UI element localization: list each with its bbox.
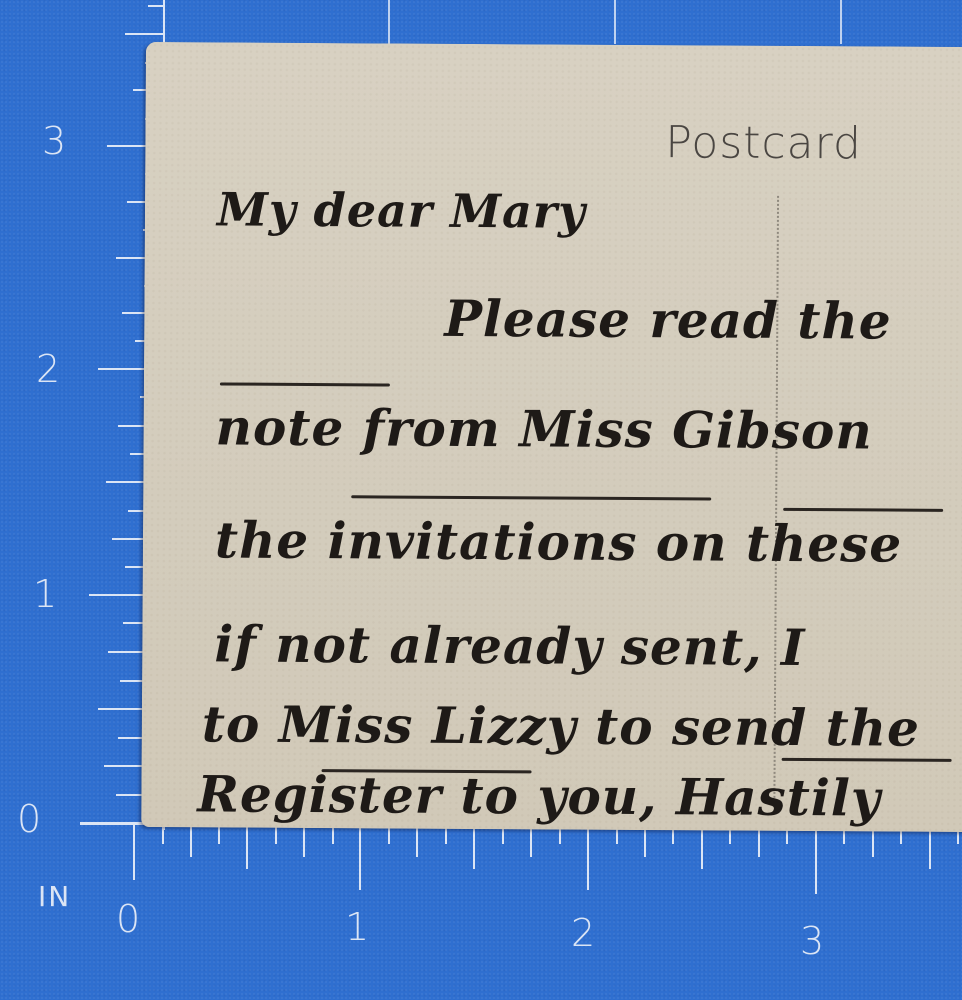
handwritten-line: Please read the — [444, 289, 892, 351]
ink-underline — [351, 495, 711, 500]
handwritten-line: Register to you, Hastily — [197, 764, 881, 827]
ruler-label: 2 — [571, 914, 595, 952]
grid-line — [388, 0, 390, 44]
ruler-label: 2 — [36, 350, 60, 388]
ruler-label: 1 — [345, 908, 369, 946]
handwritten-line: to Miss Lizzy to send the — [202, 694, 920, 757]
postcard: Postcard My dear Mary Please read the no… — [141, 42, 962, 832]
handwritten-line: the invitations on these — [215, 510, 903, 573]
ruler-tick — [473, 822, 475, 869]
handwritten-line: note from Miss Gibson — [215, 397, 872, 460]
ruler-tick — [246, 822, 248, 869]
ruler-tick — [125, 33, 163, 35]
ruler-label: 0 — [17, 800, 41, 838]
ruler-tick — [148, 5, 163, 7]
ruler-tick — [133, 822, 135, 880]
postcard-printed-title: Postcard — [665, 117, 862, 169]
handwritten-line: if not already sent, I — [214, 614, 805, 677]
grid-line — [840, 0, 842, 44]
ink-underline — [220, 382, 390, 386]
ruler-tick — [815, 822, 817, 894]
ruler-label: 3 — [800, 922, 824, 960]
ruler-tick — [359, 822, 361, 890]
ink-underline — [783, 508, 943, 512]
ruler-tick — [587, 822, 589, 890]
ruler-label: 0 — [116, 900, 140, 938]
ruler-label: 1 — [33, 575, 57, 613]
handwritten-salutation: My dear Mary — [217, 182, 586, 238]
ink-underline — [782, 758, 952, 762]
ruler-unit-label: IN — [38, 880, 71, 913]
ruler-label: 3 — [42, 122, 66, 160]
grid-line — [614, 0, 616, 44]
